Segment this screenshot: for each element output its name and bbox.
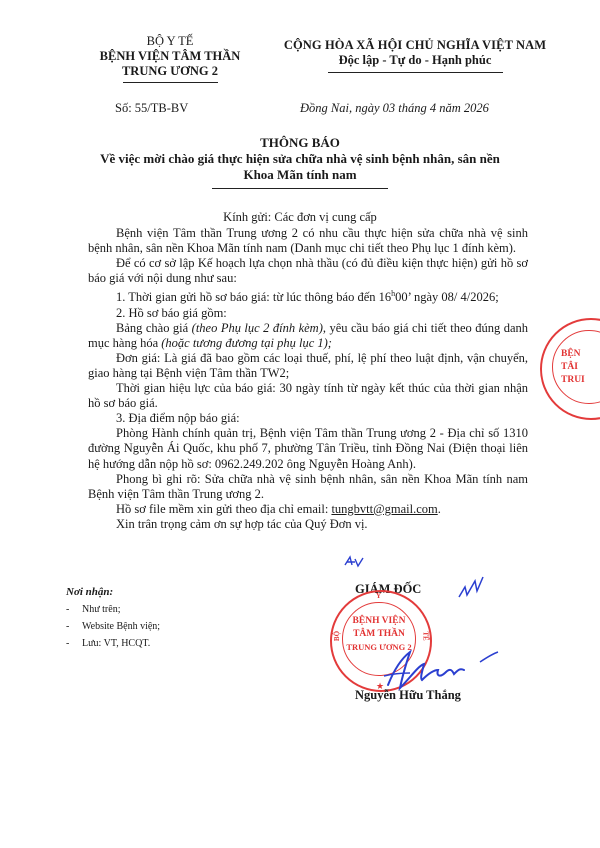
email-paragraph: Hồ sơ file mềm xin gửi theo địa chỉ emai… — [88, 502, 528, 517]
item-documents: 2. Hồ sơ báo giá gồm: — [88, 306, 528, 321]
email-link[interactable]: tungbvtt@gmail.com — [331, 502, 437, 516]
ministry-name: BỘ Y TẾ — [70, 34, 270, 49]
quote-table-paragraph: Bảng chào giá (theo Phụ lục 2 đính kèm),… — [88, 321, 528, 351]
recipients-heading: Nơi nhận — [66, 586, 110, 598]
recipient-item: -Lưu: VT, HCQT. — [66, 635, 160, 652]
issuing-org-header: BỘ Y TẾ BỆNH VIỆN TÂM THẦN TRUNG ƯƠNG 2 — [70, 34, 270, 83]
initial-mark-icon — [343, 553, 365, 569]
document-subject-line2: Khoa Mãn tính nam — [60, 167, 540, 183]
intro-paragraph: Bệnh viện Tâm thần Trung ương 2 có nhu c… — [88, 226, 528, 256]
header-divider — [123, 82, 218, 83]
salutation: Kính gửi: Các đơn vị cung cấp — [90, 210, 510, 225]
thanks-paragraph: Xin trân trọng cảm ơn sự hợp tác của Quý… — [88, 517, 528, 532]
recipients-block: Nơi nhận: -Như trên; -Website Bệnh viện;… — [66, 584, 160, 652]
page-edge-seal: BỆN TÂI TRUI — [540, 318, 600, 420]
motto-divider — [328, 72, 503, 73]
item-deadline: 1. Thời gian gửi hồ sơ báo giá: từ lúc t… — [88, 286, 528, 305]
place-and-date: Đồng Nai, ngày 03 tháng 4 năm 2026 — [300, 101, 489, 116]
title-divider — [212, 188, 388, 189]
document-title-block: THÔNG BÁO Về việc mời chào giá thực hiện… — [60, 135, 540, 189]
document-subject-line1: Về việc mời chào giá thực hiện sửa chữa … — [60, 151, 540, 167]
handwritten-signature-icon — [380, 640, 510, 695]
validity-paragraph: Thời gian hiệu lực của báo giá: 30 ngày … — [88, 381, 528, 411]
national-title: CỘNG HÒA XÃ HỘI CHỦ NGHĨA VIỆT NAM — [250, 38, 580, 53]
unit-price-paragraph: Đơn giá: Là giá đã bao gồm các loại thuế… — [88, 351, 528, 381]
seal-text-line1: BỆNH VIỆN — [343, 615, 415, 628]
national-motto: Độc lập - Tự do - Hạnh phúc — [250, 53, 580, 68]
recipient-item: -Website Bệnh viện; — [66, 618, 160, 635]
item-location: 3. Địa điểm nộp báo giá: — [88, 411, 528, 426]
document-type: THÔNG BÁO — [60, 135, 540, 151]
hospital-name-line1: BỆNH VIỆN TÂM THẦN — [70, 49, 270, 64]
document-body: Bệnh viện Tâm thần Trung ương 2 có nhu c… — [88, 226, 528, 532]
seal-left-text: BỘ — [333, 631, 341, 641]
hospital-name-line2: TRUNG ƯƠNG 2 — [70, 64, 270, 79]
envelope-paragraph: Phong bì ghi rõ: Sửa chữa nhà vệ sinh bệ… — [88, 472, 528, 502]
address-paragraph: Phòng Hành chính quản trị, Bệnh viện Tâm… — [88, 426, 528, 471]
initial-mark-icon — [455, 573, 485, 603]
signatory-name: Nguyễn Hữu Thắng — [355, 688, 461, 703]
purpose-paragraph: Để có cơ sở lập Kế hoạch lựa chọn nhà th… — [88, 256, 528, 286]
document-number: Số: 55/TB-BV — [115, 101, 188, 116]
seal-top-letter: Y — [376, 592, 381, 600]
national-header: CỘNG HÒA XÃ HỘI CHỦ NGHĨA VIỆT NAM Độc l… — [250, 38, 580, 73]
recipient-item: -Như trên; — [66, 601, 160, 618]
